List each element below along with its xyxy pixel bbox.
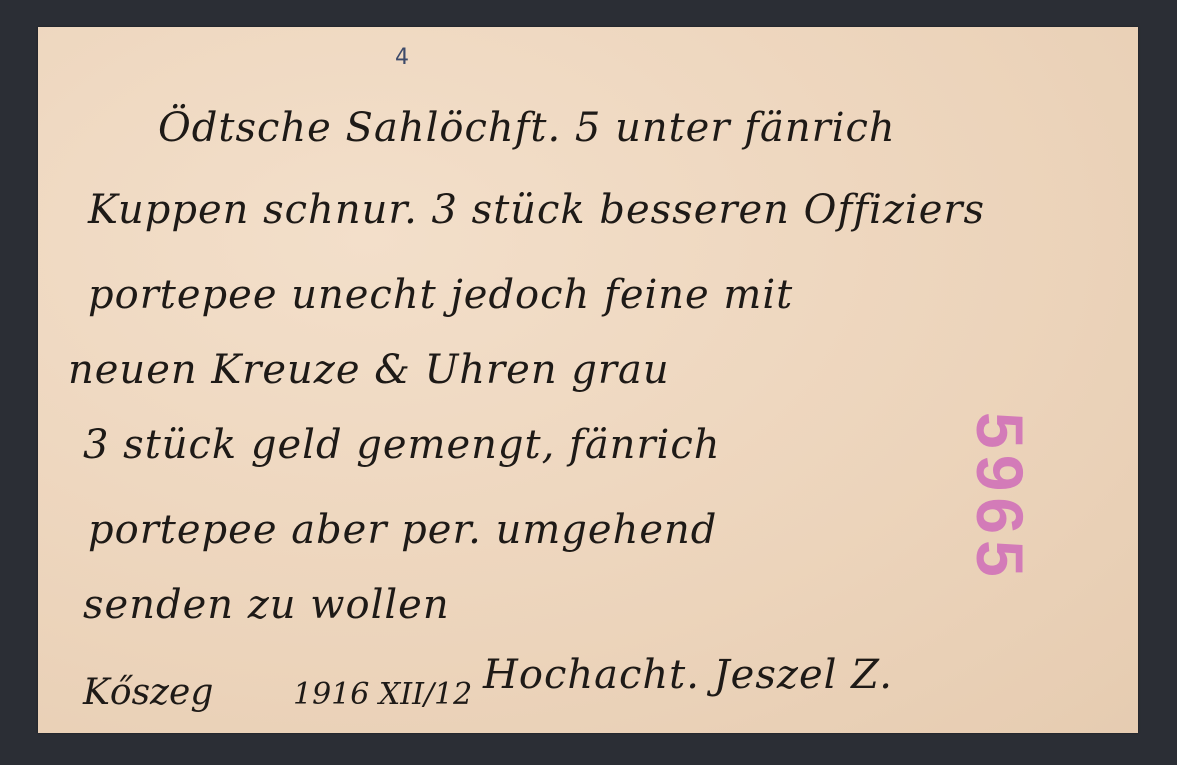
handwritten-line-4: neuen Kreuze & Uhren grau xyxy=(68,347,670,393)
date-text: 1916 XII/12 xyxy=(293,677,472,712)
postcard: 4 Ödtsche Sahlöchft. 5 unter fänrich Kup… xyxy=(38,27,1138,733)
place-text: Kőszeg xyxy=(83,672,213,713)
corner-mark: 4 xyxy=(395,45,409,70)
handwritten-line-3: portepee unecht jedoch feine mit xyxy=(88,272,793,318)
handwritten-line-6: portepee aber per. umgehend xyxy=(88,507,717,553)
handwritten-line-2: Kuppen schnur. 3 stück besseren Offizier… xyxy=(88,187,985,233)
stamp-number: 5965 xyxy=(962,412,1038,583)
handwritten-line-1: Ödtsche Sahlöchft. 5 unter fänrich xyxy=(158,105,896,151)
handwritten-line-5: 3 stück geld gemengt, fänrich xyxy=(83,422,721,468)
handwritten-line-7: senden zu wollen xyxy=(83,582,450,628)
signature: Hochacht. Jeszel Z. xyxy=(483,652,893,698)
